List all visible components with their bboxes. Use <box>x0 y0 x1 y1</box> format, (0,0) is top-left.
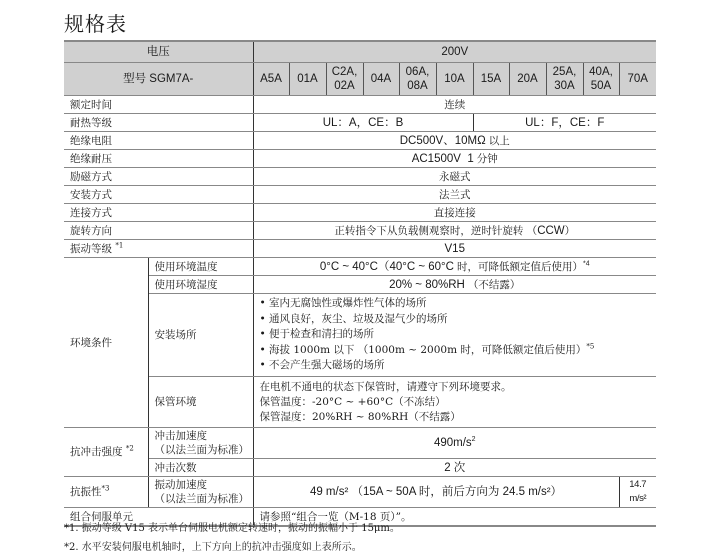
row-shock-count: 冲击次数 2 次 <box>64 459 656 477</box>
mounting-label: 安装方式 <box>64 186 253 204</box>
voltage-row: 电压 200V <box>64 41 656 63</box>
model-15a: 15A <box>473 63 509 96</box>
heat-class-label: 耐热等级 <box>64 114 253 132</box>
vibration-class-label: 振动等级 *1 <box>64 240 253 258</box>
vibration-label: 抗振性*3 <box>64 477 148 508</box>
env-install-value: 室内无腐蚀性或爆炸性气体的场所 通风良好，灰尘、垃圾及湿气少的场所 便于检查和清… <box>253 294 656 377</box>
rotation-value: 正转指令下从负载侧观察时，逆时针旋转 （CCW） <box>253 222 656 240</box>
vibration-accel-label: 振动加速度（以法兰面为标准） <box>148 477 253 508</box>
env-temp-value: 0°C ~ 40°C（40°C ~ 60°C 时，可降低额定值后使用）*4 <box>253 258 656 276</box>
storage-line: 保管温度：-20°C ~ +60°C（不冻结） <box>260 395 651 410</box>
shock-accel-value: 490m/s2 <box>253 428 656 459</box>
shock-accel-label: 冲击加速度（以法兰面为标准） <box>148 428 253 459</box>
heat-class-value-b: UL：F，CE：F <box>473 114 656 132</box>
env-humidity-value: 20% ~ 80%RH （不结露） <box>253 276 656 294</box>
model-row: 型号 SGM7A- A5A 01A C2A, 02A 04A 06A, 08A … <box>64 63 656 96</box>
row-withstand-voltage: 绝缘耐压 AC1500V 1 分钟 <box>64 150 656 168</box>
list-item: 便于检查和清扫的场所 <box>260 327 651 343</box>
storage-line: 在电机不通电的状态下保管时，请遵守下列环境要求。 <box>260 380 651 395</box>
voltage-value: 200V <box>253 41 656 63</box>
shock-label: 抗冲击强度 *2 <box>64 428 148 477</box>
model-06a-08a: 06A, 08A <box>399 63 436 96</box>
row-connection: 连接方式 直接连接 <box>64 204 656 222</box>
list-item: 不会产生强大磁场的场所 <box>260 358 651 374</box>
row-mounting: 安装方式 法兰式 <box>64 186 656 204</box>
row-excitation: 励磁方式 永磁式 <box>64 168 656 186</box>
env-storage-value: 在电机不通电的状态下保管时，请遵守下列环境要求。 保管温度：-20°C ~ +6… <box>253 377 656 428</box>
model-20a: 20A <box>509 63 546 96</box>
list-item: 室内无腐蚀性或爆炸性气体的场所 <box>260 296 651 312</box>
env-storage-label: 保管环境 <box>148 377 253 428</box>
page-title: 规格表 <box>64 8 127 37</box>
row-rotation: 旋转方向 正转指令下从负载侧观察时，逆时针旋转 （CCW） <box>64 222 656 240</box>
storage-line: 保管湿度：20%RH ~ 80%RH（不结露） <box>260 410 651 425</box>
env-temp-label: 使用环境温度 <box>148 258 253 276</box>
environment-label: 环境条件 <box>64 258 148 428</box>
row-rated-time: 额定时间 连续 <box>64 96 656 114</box>
model-04a: 04A <box>363 63 399 96</box>
connection-label: 连接方式 <box>64 204 253 222</box>
env-install-label: 安装场所 <box>148 294 253 377</box>
vibration-value-main: 49 m/s² （15A ~ 50A 时，前后方向为 24.5 m/s²） <box>253 477 619 508</box>
rated-time-label: 额定时间 <box>64 96 253 114</box>
row-vibration: 抗振性*3 振动加速度（以法兰面为标准） 49 m/s² （15A ~ 50A … <box>64 477 656 508</box>
row-vibration-class: 振动等级 *1 V15 <box>64 240 656 258</box>
model-70a: 70A <box>619 63 656 96</box>
insulation-resistance-label: 绝缘电阻 <box>64 132 253 150</box>
rated-time-value: 连续 <box>253 96 656 114</box>
withstand-voltage-value: AC1500V 1 分钟 <box>253 150 656 168</box>
row-env-humidity: 使用环境湿度 20% ~ 80%RH （不结露） <box>64 276 656 294</box>
row-heat-class: 耐热等级 UL：A，CE：B UL：F，CE：F <box>64 114 656 132</box>
footnote-1: *1. 振动等级 V15 表示单台伺服电机额定转速时，振动的振幅小于 15μm。 <box>64 519 400 538</box>
spec-table: 电压 200V 型号 SGM7A- A5A 01A C2A, 02A 04A 0… <box>64 40 656 527</box>
vibration-value-70a: 14.7 m/s² <box>619 477 656 508</box>
excitation-label: 励磁方式 <box>64 168 253 186</box>
mounting-value: 法兰式 <box>253 186 656 204</box>
footnote-2: *2. 水平安装伺服电机轴时，上下方向上的抗冲击强度如上表所示。 <box>64 538 400 557</box>
env-humidity-label: 使用环境湿度 <box>148 276 253 294</box>
footnotes: *1. 振动等级 V15 表示单台伺服电机额定转速时，振动的振幅小于 15μm。… <box>64 519 400 557</box>
footnote-ref: *1 <box>115 241 123 249</box>
row-env-install: 安装场所 室内无腐蚀性或爆炸性气体的场所 通风良好，灰尘、垃圾及湿气少的场所 便… <box>64 294 656 377</box>
model-01a: 01A <box>289 63 326 96</box>
model-a5a: A5A <box>253 63 289 96</box>
row-insulation-resistance: 绝缘电阻 DC500V、10MΩ 以上 <box>64 132 656 150</box>
model-c2a-02a: C2A, 02A <box>326 63 363 96</box>
rotation-label: 旋转方向 <box>64 222 253 240</box>
list-item: 通风良好，灰尘、垃圾及湿气少的场所 <box>260 312 651 328</box>
install-list: 室内无腐蚀性或爆炸性气体的场所 通风良好，灰尘、垃圾及湿气少的场所 便于检查和清… <box>260 296 651 374</box>
model-10a: 10A <box>436 63 473 96</box>
model-40a-50a: 40A, 50A <box>583 63 619 96</box>
insulation-resistance-value: DC500V、10MΩ 以上 <box>253 132 656 150</box>
withstand-voltage-label: 绝缘耐压 <box>64 150 253 168</box>
shock-count-value: 2 次 <box>253 459 656 477</box>
row-shock-accel: 抗冲击强度 *2 冲击加速度（以法兰面为标准） 490m/s2 <box>64 428 656 459</box>
shock-count-label: 冲击次数 <box>148 459 253 477</box>
voltage-label: 电压 <box>64 41 253 63</box>
row-env-storage: 保管环境 在电机不通电的状态下保管时，请遵守下列环境要求。 保管温度：-20°C… <box>64 377 656 428</box>
row-env-temp: 环境条件 使用环境温度 0°C ~ 40°C（40°C ~ 60°C 时，可降低… <box>64 258 656 276</box>
model-label: 型号 SGM7A- <box>64 63 253 96</box>
connection-value: 直接连接 <box>253 204 656 222</box>
vibration-class-value: V15 <box>253 240 656 258</box>
list-item: 海拔 1000m 以下 （1000m ~ 2000m 时，可降低额定值后使用）*… <box>260 343 651 359</box>
excitation-value: 永磁式 <box>253 168 656 186</box>
model-25a-30a: 25A, 30A <box>546 63 583 96</box>
heat-class-value-a: UL：A，CE：B <box>253 114 473 132</box>
